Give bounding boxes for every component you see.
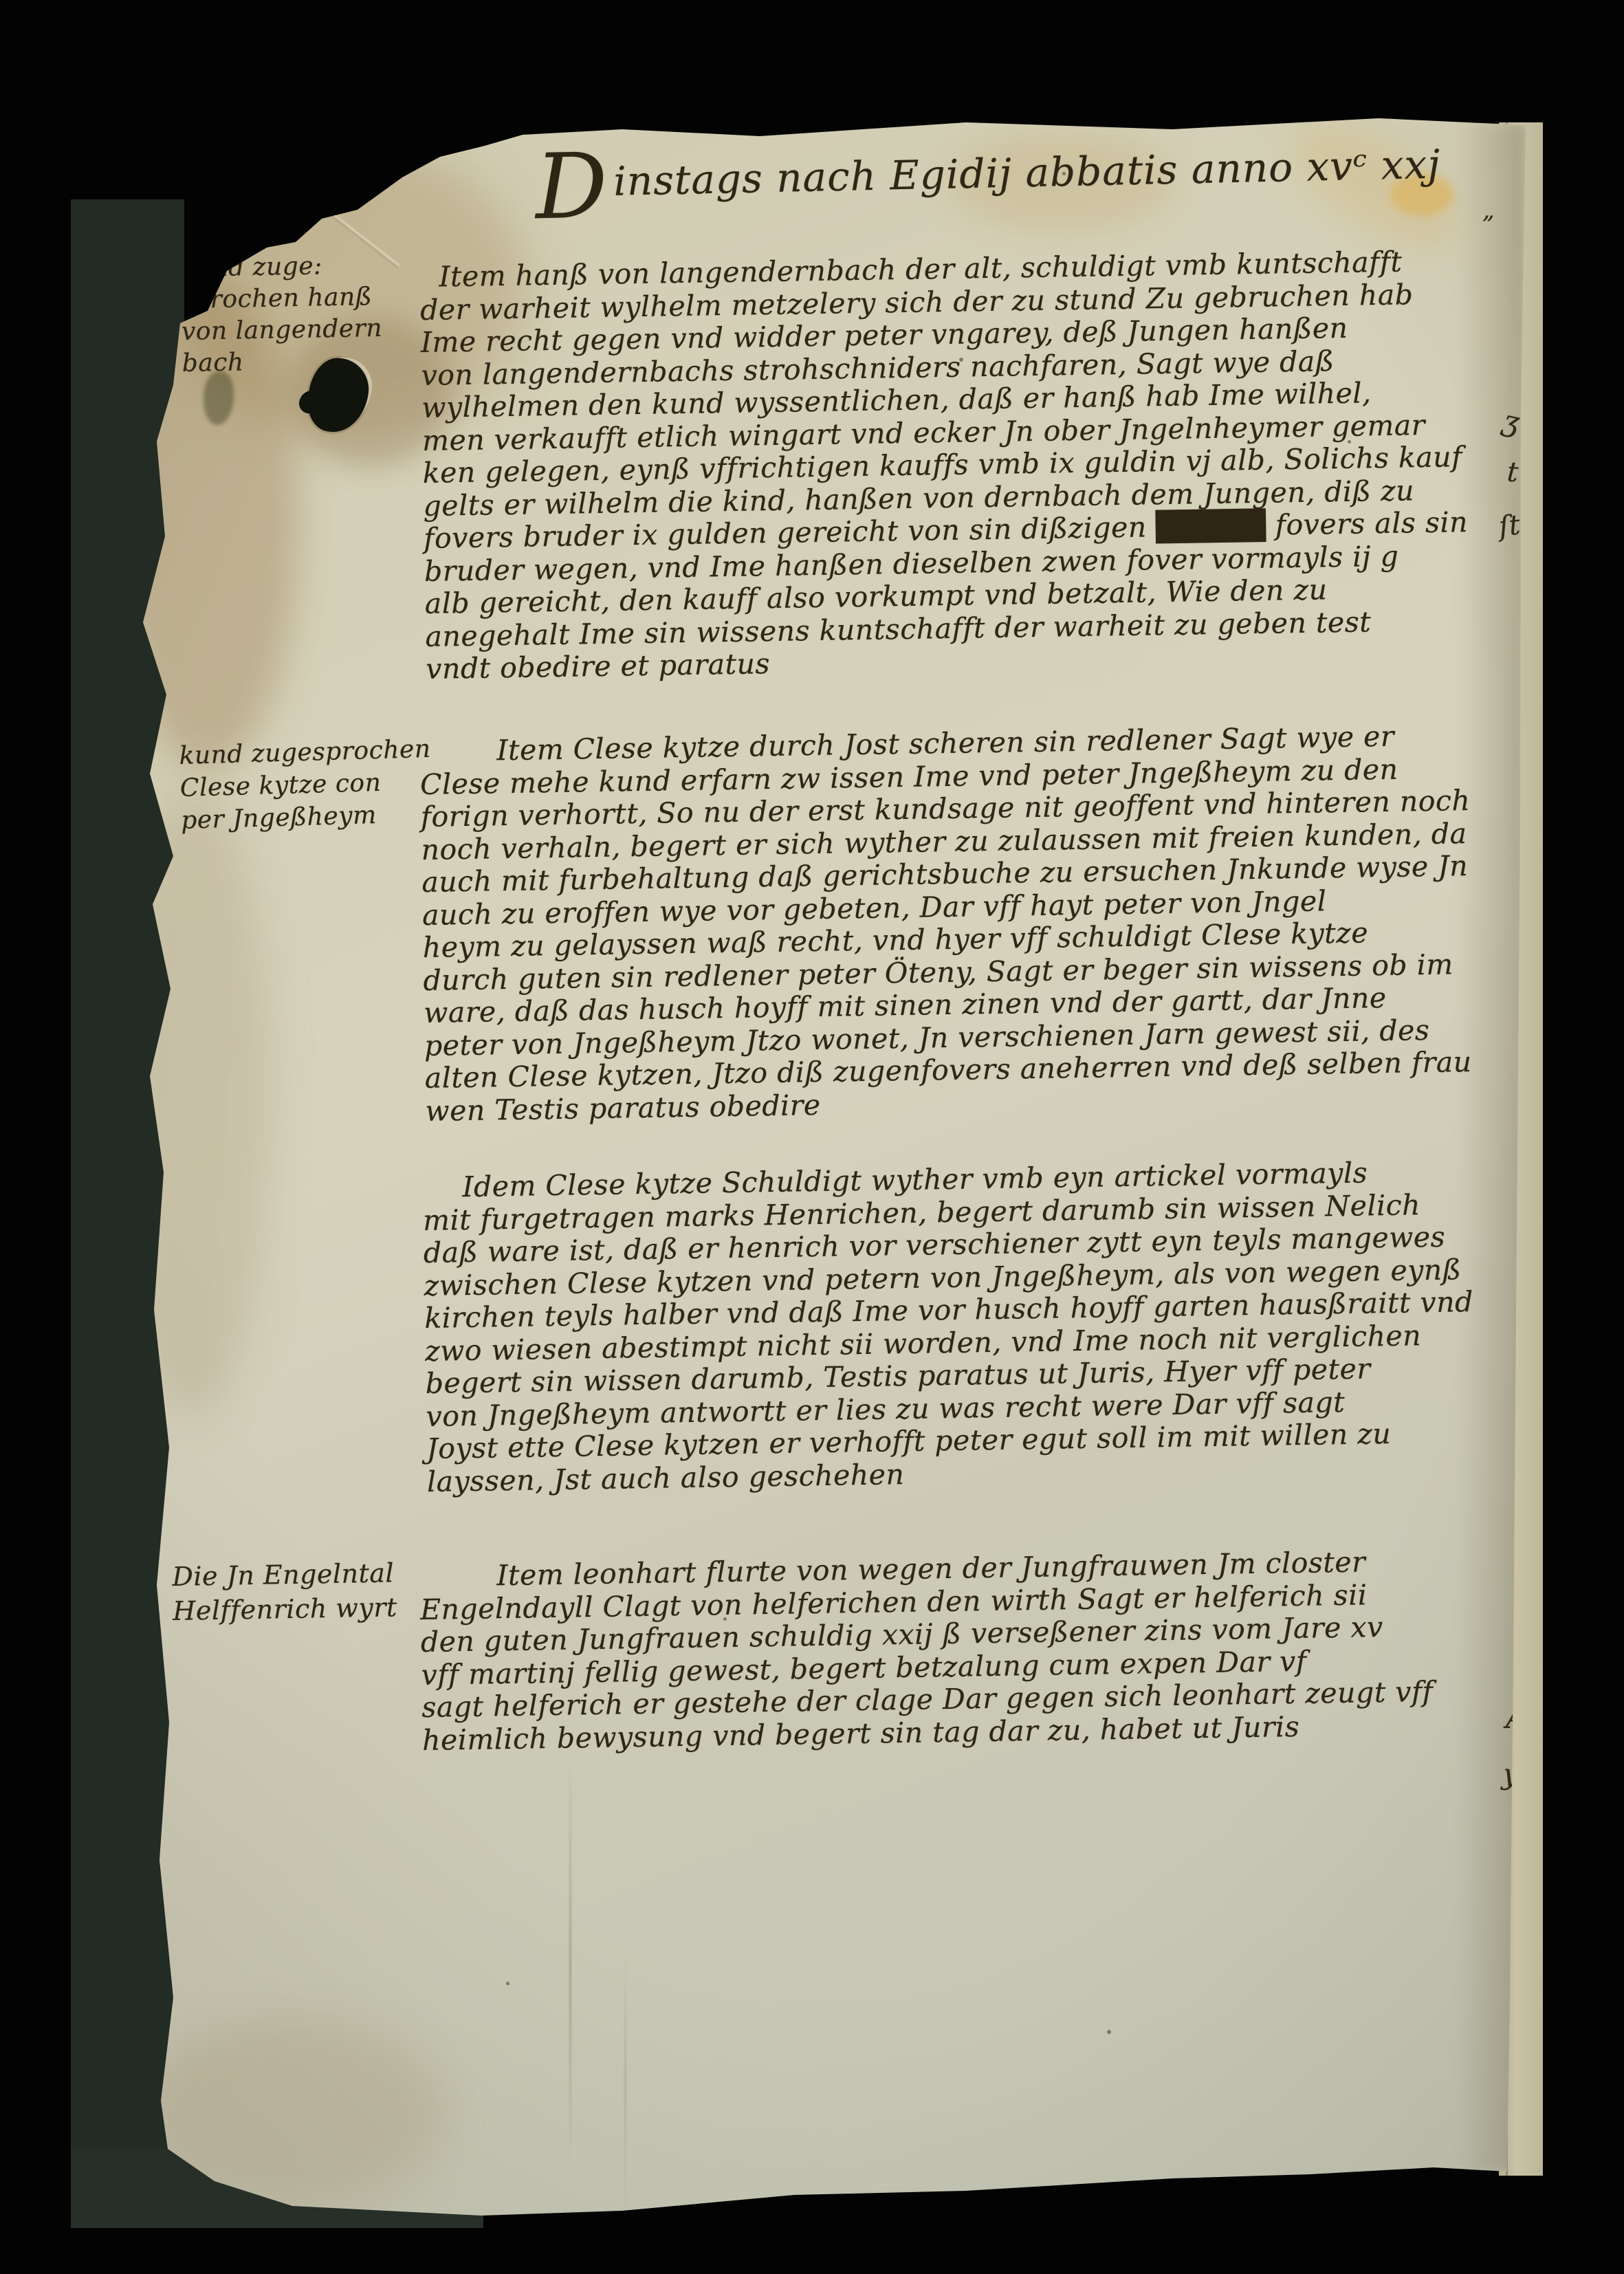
manuscript-line: Item hanß von langendernbach der alt, sc… [419, 243, 1548, 294]
manuscript-line: den guten Jungfrauen schuldig xxij ß ver… [420, 1608, 1548, 1659]
scanned-manuscript-page: Dinstags nach Egidij abbatis anno xvᶜ xx… [0, 0, 1624, 2274]
manuscript-line: men verkaufft etlich wingart vnd ecker J… [422, 407, 1550, 457]
entry-1-hans-langendernbach: Item hanß von langendernbach der alt, sc… [419, 243, 1553, 686]
manuscript-line: layssen, Jst auch also geschehen [427, 1448, 1555, 1498]
manuscript-line: daß ware ist, daß er henrich vor verschi… [423, 1219, 1551, 1269]
manuscript-paper: Dinstags nach Egidij abbatis anno xvᶜ xx… [0, 0, 1624, 2274]
manuscript-line: Ime recht gegen vnd widder peter vngarey… [420, 309, 1548, 359]
manuscript-line: vff martinj fellig gewest, begert betzal… [421, 1641, 1549, 1692]
entry-3-clese-kytze-articul: Idem Clese kytze Schuldigt wyther vmb ey… [422, 1154, 1555, 1498]
manuscript-line: per Jngeßheym [181, 797, 457, 837]
manuscript-line: sagt helferich er gestehe der clage Dar … [421, 1674, 1550, 1724]
manuscript-line: ware, daß das husch hoyff mit sinen zine… [424, 979, 1552, 1029]
manuscript-line: Engelndayll Clagt von helferichen den wi… [420, 1576, 1548, 1626]
mold-smudge [204, 371, 234, 425]
edge-text-fragment: ʒ [1500, 403, 1522, 439]
manuscript-line: Die Jn Engelntal [172, 1555, 461, 1594]
manuscript-line: bach [182, 344, 430, 380]
manuscript-line: begert sin wissen darumb, Testis paratus… [425, 1350, 1553, 1400]
manuscript-line: bruder wegen, vnd Ime hanßen dieselben z… [424, 538, 1552, 588]
manuscript-line: peter von Jngeßheym Jtzo wonet, Jn versc… [424, 1012, 1552, 1062]
manuscript-line: durch guten sin redlener peter Öteny, Sa… [423, 947, 1551, 997]
manuscript-line: alb gereicht, den kauff also vorkumpt vn… [424, 570, 1552, 620]
wormhole [304, 355, 373, 437]
manuscript-line: auch mit furbehaltung daß gerichtsbuche … [421, 849, 1550, 899]
manuscript-line: fovers bruder ix gulden gereicht von sin… [424, 505, 1552, 555]
manuscript-line: von Jngeßheym antwortt er lies zu was re… [426, 1383, 1554, 1433]
manuscript-line: zwo wiesen abestimpt nicht sii worden, v… [425, 1318, 1553, 1368]
manuscript-line: von langendern [182, 312, 430, 348]
ink-speck [959, 358, 963, 362]
manuscript-line: wylhelmen den kund wyssentlichen, daß er… [421, 374, 1550, 424]
manuscript-line: kund zuge: [180, 249, 428, 285]
edge-text-fragment: ſt [1497, 510, 1522, 543]
ink-speck [1107, 2030, 1111, 2034]
manuscript-line: Item leonhart flurte von wegen der Jungf… [419, 1543, 1548, 1593]
margin-note-2: kund zugesprochenClese kytze conper Jnge… [179, 732, 457, 837]
ink-speck [723, 1617, 727, 1621]
edge-text-fragment: „ [1482, 197, 1495, 224]
entry-4-kloster-engelthal: Item leonhart flurte von wegen der Jungf… [419, 1543, 1550, 1757]
manuscript-line: zwischen Clese kytzen vnd petern von Jng… [424, 1252, 1552, 1302]
manuscript-line: Joyst ette Clese kytzen er verhofft pete… [426, 1415, 1555, 1465]
manuscript-line: vndt obedire et paratus [426, 635, 1554, 686]
ink-speck [1348, 440, 1351, 444]
stain-around-hole [289, 316, 454, 468]
manuscript-line: gelts er wilhelm die kind, hanßen von de… [423, 472, 1551, 523]
manuscript-line: Clese mehe kund erfarn zw issen Ime vnd … [420, 751, 1548, 801]
ink-speck [1062, 172, 1066, 175]
manuscript-line: heym zu gelayssen waß recht, vnd hyer vf… [422, 914, 1550, 964]
manuscript-line: Item Clese kytze durch Jost scheren sin … [419, 718, 1548, 768]
manuscript-line: anegehalt Ime sin wissens kuntschafft de… [425, 603, 1553, 653]
stain-header-area [949, 131, 1176, 234]
manuscript-line: heimlich bewysung vnd begert sin tag dar… [422, 1707, 1550, 1757]
stain-yellow-spot [1390, 173, 1453, 216]
manuscript-line: wen Testis paratus obedire [425, 1078, 1553, 1128]
crease-vertical-1 [569, 1760, 571, 2173]
manuscript-line: alten Clese kytzen, Jtzo diß zugenfovers… [424, 1045, 1552, 1095]
manuscript-line: forign verhortt, So nu der erst kundsage… [420, 783, 1548, 833]
stain-yellow-streak [1270, 97, 1480, 275]
manuscript-line: noch verhaln, begert er sich wyther zu z… [421, 816, 1549, 866]
margin-note-3: Die Jn EngelntalHelffenrich wyrt [172, 1555, 462, 1628]
manuscript-line: ken gelegen, eynß vffrichtigen kauffs vm… [422, 439, 1550, 490]
manuscript-line: der warheit wylhelm metzelery sich der z… [420, 276, 1548, 327]
manuscript-line: von langendernbachs strohschniders nachf… [421, 342, 1549, 392]
wormhole-lobe [298, 389, 324, 415]
manuscript-line: Helffenrich wyrt [173, 1589, 462, 1628]
manuscript-line: kirchen teyls halber vnd daß Ime vor hus… [424, 1284, 1552, 1335]
manuscript-line: mit furgetragen marks Henrichen, begert … [423, 1187, 1551, 1237]
margin-note-1: kund zuge:sprochen hanßvon langendernbac… [180, 249, 430, 380]
header-date-line: Dinstags nach Egidij abbatis anno xvᶜ xx… [542, 138, 1547, 220]
edge-text-fragment: t [1506, 456, 1519, 488]
crease-torn-corner [301, 189, 400, 267]
ink-speck [506, 1982, 509, 1985]
manuscript-line: Clese kytze con [179, 765, 455, 805]
manuscript-line: kund zugesprochen [179, 732, 454, 772]
entry-2-clese-kytze: Item Clese kytze durch Jost scheren sin … [419, 718, 1553, 1128]
crease-vertical-2 [624, 1953, 626, 2214]
manuscript-line: Idem Clese kytze Schuldigt wyther vmb ey… [422, 1154, 1550, 1204]
manuscript-line: sprochen hanß [181, 281, 429, 316]
manuscript-line: auch zu eroffen wye vor gebeten, Dar vff… [422, 882, 1550, 932]
stain-top-left [172, 144, 529, 440]
